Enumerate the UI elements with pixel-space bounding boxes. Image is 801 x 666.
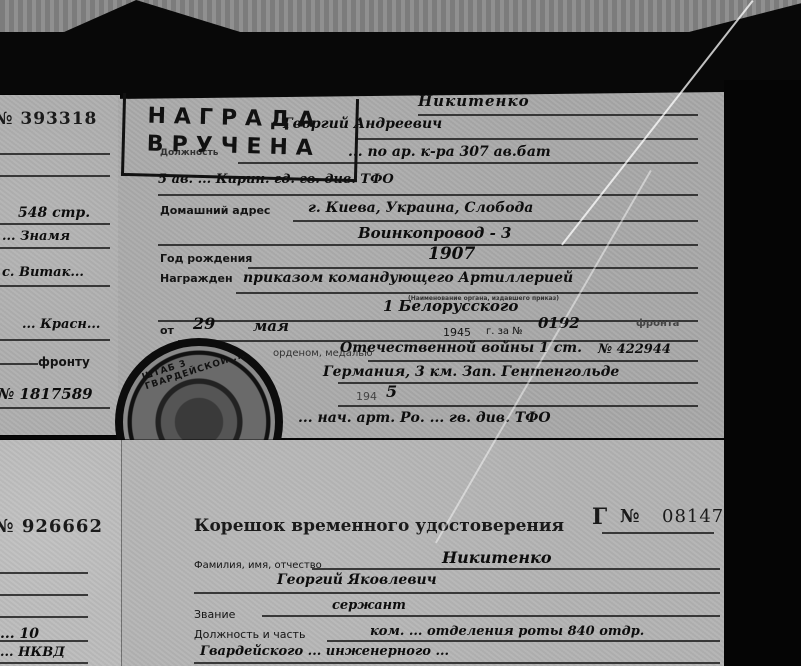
front-label: фронта — [636, 318, 679, 329]
address-value-1: г. Киева, Украина, Слобода — [308, 200, 533, 216]
awarded-by-value: приказом командующего Артиллерией — [243, 270, 573, 286]
location-value: Германия, 3 км. Зап. Гентенгольде — [323, 364, 619, 380]
stub-hand-line-2: ... Знамя — [2, 229, 70, 244]
stub-serial-number: № 393318 — [0, 109, 97, 129]
top-document-edge — [0, 0, 801, 32]
position-unit-value-1: ком. ... отделения роты 840 отдр. — [370, 624, 644, 639]
stub-title: Корешок временного удостоверения — [194, 516, 564, 536]
rule — [312, 568, 720, 570]
medal-number: № 422944 — [598, 342, 671, 357]
issue-year-hand: 5 — [386, 382, 397, 401]
rule — [236, 292, 698, 294]
left-stub-lower: № 926662 ... 10 ... НКВД — [0, 440, 128, 666]
year-printed: 1945 — [443, 326, 471, 339]
date-day: 29 — [193, 314, 215, 333]
stub-number-line: № 1817589 — [0, 385, 93, 403]
awarded-by-label: Награжден — [160, 272, 233, 285]
stub-surname: Никитенко — [442, 548, 551, 567]
rule — [0, 247, 110, 249]
birth-year-label: Год рождения — [160, 252, 252, 265]
stub-serial-number-lower: № 926662 — [0, 516, 103, 537]
surname-value: Никитенко — [418, 92, 530, 110]
issue-year-printed: 194 — [356, 390, 377, 403]
position-unit-value-2: Гвардейского ... инженерного ... — [200, 644, 449, 659]
stamp-line-1: НАГРАДА — [147, 104, 323, 134]
rule — [0, 662, 88, 664]
rule — [0, 363, 38, 365]
awarded-by-value-2: 1 Белорусского — [383, 297, 518, 315]
date-month: мая — [253, 317, 289, 335]
rule — [418, 114, 698, 116]
rule — [0, 594, 88, 596]
rule — [0, 285, 110, 287]
rule — [293, 220, 698, 222]
address-value-2: Воинкопровод - 3 — [358, 224, 511, 242]
rank-label: Звание — [194, 608, 235, 621]
position-value-1: ... по ар. к-ра 307 ав.бат — [348, 144, 551, 160]
rule — [0, 640, 88, 642]
rule — [194, 662, 720, 664]
award-delivered-stamp: НАГРАДА ВРУЧЕНА — [121, 93, 359, 182]
rule — [0, 572, 88, 574]
birth-year-value: 1907 — [428, 244, 475, 264]
dark-backdrop — [724, 80, 801, 666]
rule — [158, 320, 698, 322]
stub-series: Г — [592, 504, 608, 530]
rule — [0, 223, 110, 225]
position-unit-label: Должность и часть — [194, 628, 305, 641]
stub-hand-line-3: с. Витак... — [2, 265, 84, 280]
stub-name-patronymic: Георгий Яковлевич — [277, 572, 437, 588]
left-stub-upper: № 393318 548 стр. ... Знамя с. Витак... … — [0, 95, 120, 435]
rule — [0, 175, 110, 177]
stub-hand-line-4: ... Красн... — [22, 317, 100, 332]
stub-lower-hand-2: ... НКВД — [0, 645, 65, 660]
rule — [327, 640, 720, 642]
rule — [368, 360, 698, 362]
rule — [0, 339, 110, 341]
rule — [262, 615, 720, 617]
stub-front-label: фронту — [38, 355, 90, 369]
temporary-certificate-stub: Корешок временного удостоверения Г № 081… — [122, 440, 748, 666]
address-label: Домашний адрес — [160, 204, 270, 217]
rule — [0, 616, 88, 618]
rule — [0, 153, 110, 155]
stub-hand-line-1: 548 стр. — [18, 205, 90, 221]
rule — [158, 194, 698, 196]
rule — [248, 267, 698, 269]
stamp-line-2: ВРУЧЕНА — [146, 132, 321, 162]
rule — [358, 138, 698, 140]
stub-number-label: № — [620, 506, 641, 527]
rank-value: сержант — [332, 598, 406, 613]
order-number-label: г. за № — [486, 326, 523, 337]
rule — [338, 405, 698, 407]
rule — [0, 407, 110, 409]
name-label: Фамилия, имя, отчество — [194, 560, 322, 571]
signature-line: ... нач. арт. Ро. ... гв. див. ТФО — [298, 410, 551, 426]
rule — [602, 532, 714, 534]
rule — [194, 592, 720, 594]
date-prefix: от — [160, 324, 174, 337]
